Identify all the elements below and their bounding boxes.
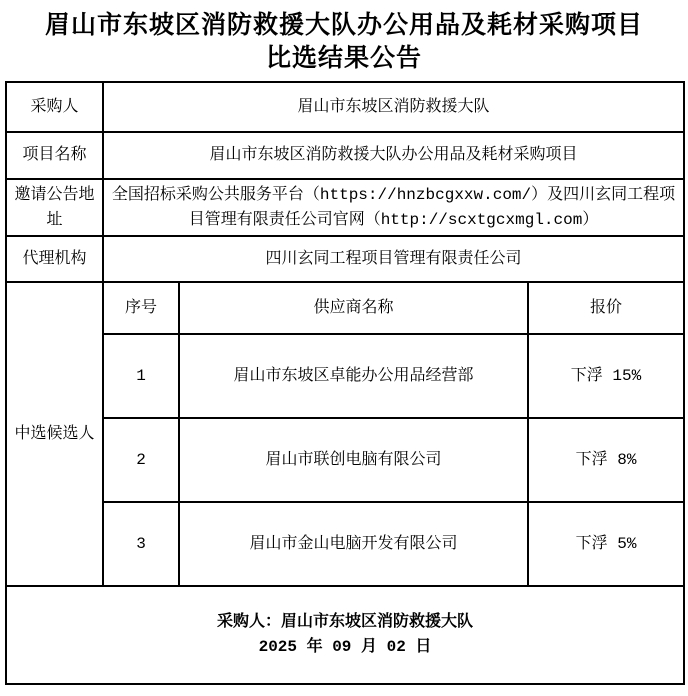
info-value-project-name: 眉山市东坡区消防救援大队办公用品及耗材采购项目 — [103, 132, 684, 179]
candidate-supplier: 眉山市东坡区卓能办公用品经营部 — [179, 334, 528, 418]
candidate-row-3: 3 眉山市金山电脑开发有限公司 下浮 5% — [6, 502, 684, 586]
info-label-invite-address: 邀请公告地址 — [6, 179, 103, 236]
candidate-supplier: 眉山市联创电脑有限公司 — [179, 418, 528, 502]
candidates-header-row: 中选候选人 序号 供应商名称 报价 — [6, 282, 684, 334]
candidates-label: 中选候选人 — [6, 282, 103, 586]
info-label-project-name: 项目名称 — [6, 132, 103, 179]
info-row-invite-address: 邀请公告地址 全国招标采购公共服务平台（https://hnzbcgxxw.co… — [6, 179, 684, 236]
candidate-price: 下浮 5% — [528, 502, 684, 586]
page-title-line2: 比选结果公告 — [0, 42, 688, 75]
info-row-project-name: 项目名称 眉山市东坡区消防救援大队办公用品及耗材采购项目 — [6, 132, 684, 179]
info-row-agency: 代理机构 四川玄同工程项目管理有限责任公司 — [6, 236, 684, 282]
info-value-purchaser: 眉山市东坡区消防救援大队 — [103, 82, 684, 132]
candidate-seq: 2 — [103, 418, 179, 502]
col-header-price: 报价 — [528, 282, 684, 334]
info-label-agency: 代理机构 — [6, 236, 103, 282]
candidate-row-2: 2 眉山市联创电脑有限公司 下浮 8% — [6, 418, 684, 502]
candidate-price: 下浮 15% — [528, 334, 684, 418]
candidate-supplier: 眉山市金山电脑开发有限公司 — [179, 502, 528, 586]
announcement-table: 采购人 眉山市东坡区消防救援大队 项目名称 眉山市东坡区消防救援大队办公用品及耗… — [5, 81, 685, 685]
info-value-agency: 四川玄同工程项目管理有限责任公司 — [103, 236, 684, 282]
footer-cell: 采购人：眉山市东坡区消防救援大队 2025 年 09 月 02 日 — [6, 586, 684, 684]
footer-row: 采购人：眉山市东坡区消防救援大队 2025 年 09 月 02 日 — [6, 586, 684, 684]
candidate-seq: 1 — [103, 334, 179, 418]
info-row-purchaser: 采购人 眉山市东坡区消防救援大队 — [6, 82, 684, 132]
candidate-row-1: 1 眉山市东坡区卓能办公用品经营部 下浮 15% — [6, 334, 684, 418]
footer-date: 2025 年 09 月 02 日 — [11, 635, 679, 660]
candidate-price: 下浮 8% — [528, 418, 684, 502]
footer-purchaser: 采购人：眉山市东坡区消防救援大队 — [11, 610, 679, 635]
col-header-seq: 序号 — [103, 282, 179, 334]
candidate-seq: 3 — [103, 502, 179, 586]
info-value-invite-address: 全国招标采购公共服务平台（https://hnzbcgxxw.com/）及四川玄… — [103, 179, 684, 236]
col-header-supplier: 供应商名称 — [179, 282, 528, 334]
page-title-line1: 眉山市东坡区消防救援大队办公用品及耗材采购项目 — [0, 9, 688, 42]
page-title: 眉山市东坡区消防救援大队办公用品及耗材采购项目 比选结果公告 — [0, 0, 688, 81]
info-label-purchaser: 采购人 — [6, 82, 103, 132]
announcement-page: 眉山市东坡区消防救援大队办公用品及耗材采购项目 比选结果公告 采购人 眉山市东坡… — [0, 0, 688, 696]
